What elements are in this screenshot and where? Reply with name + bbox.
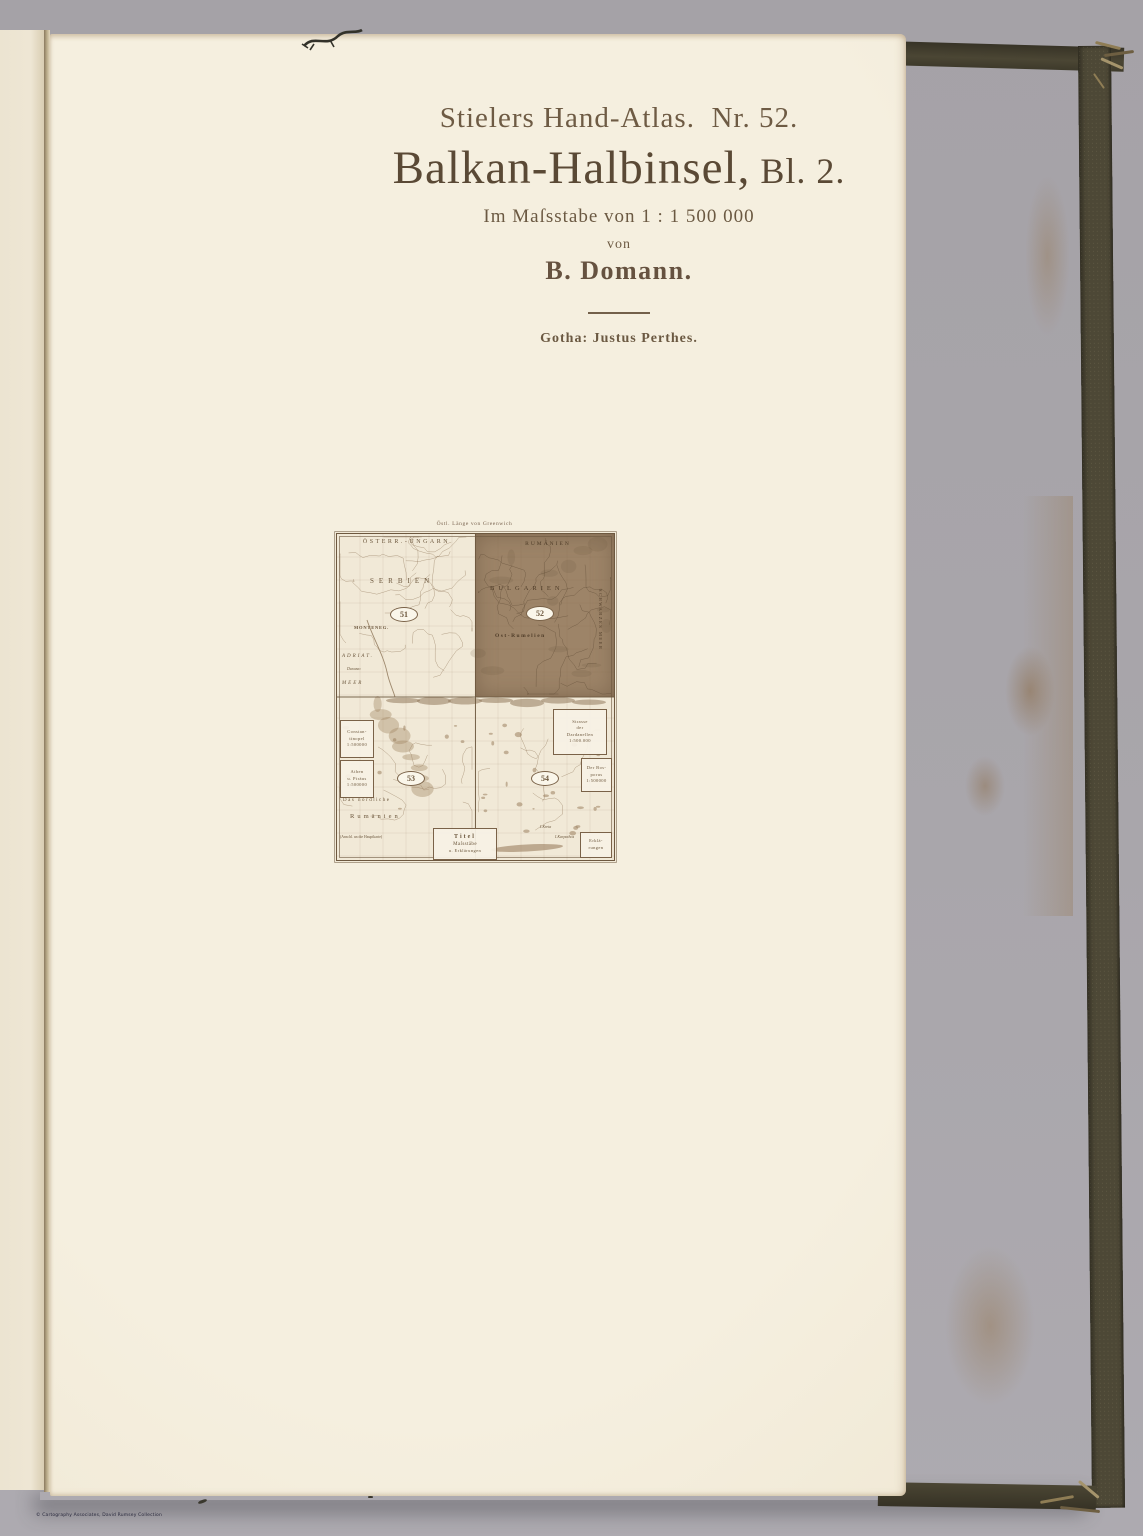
map-top-caption: Östl. Länge von Greenwich <box>336 521 613 527</box>
sheet-number-oval-54: 54 <box>531 771 559 786</box>
corner-region-line: (Anschl. an die Hauptkarte) <box>340 836 382 840</box>
place-label: Durazzo <box>347 667 361 671</box>
region-label: MONTENEG. <box>354 626 389 631</box>
series-line: Stielers Hand-Atlas. Nr. 52. <box>367 102 871 135</box>
inset-dardanellen: Strasse der Dardanellen 1:500.000 <box>553 709 607 755</box>
island-label: I.Karpathos <box>555 835 574 839</box>
inset-line: u. Erklärungen <box>449 849 481 854</box>
inset-line: Athen <box>351 770 364 775</box>
corner-region-line: Das nördliche <box>343 798 390 803</box>
loose-thread <box>300 20 380 54</box>
fore-edge-stain <box>965 756 1005 816</box>
inset-athen: Athen u. Piräus 1:500000 <box>340 760 374 798</box>
inset-line: 1:500000 <box>586 779 606 784</box>
inset-line: tinopel <box>349 737 364 742</box>
scanned-book-photo: { "header": { "series": "Stielers Hand-A… <box>0 0 1143 1536</box>
inset-line: Titel <box>454 834 476 841</box>
title-suffix: Bl. 2. <box>760 151 845 191</box>
divider-rule <box>588 312 650 314</box>
sea-label: MEER <box>342 681 363 686</box>
inset-line: Der Bos- <box>587 766 607 771</box>
region-label: Ost-Rumelien <box>495 634 546 640</box>
inset-bosporus: Der Bos- porus 1:500000 <box>581 758 612 792</box>
fore-edge-shading <box>1023 496 1073 916</box>
inset-line: der <box>577 726 584 731</box>
sea-label-vertical: SCHWARZES MEER <box>598 589 603 650</box>
sheet-number-oval-51: 51 <box>390 607 418 622</box>
page-title: Balkan-Halbinsel,Bl. 2. <box>367 143 871 195</box>
atlas-title-page: Stielers Hand-Atlas. Nr. 52. Balkan-Halb… <box>50 34 906 1496</box>
inset-line: Maſsstäbe <box>453 842 477 848</box>
index-map: ÖSTERR.-UNGARN SERBIEN MONTENEG. ADRIAT.… <box>336 533 615 861</box>
inset-line: Erklä- <box>589 839 603 844</box>
facing-page-sliver <box>0 30 44 1490</box>
inset-line: rungen <box>589 846 604 851</box>
collection-copyright: © Cartography Associates, David Rumsey C… <box>36 1512 162 1517</box>
inset-line: 1:500000 <box>347 783 367 788</box>
sheet-number-oval-52: 52 <box>526 606 554 621</box>
author-name: B. Domann. <box>367 256 871 286</box>
byline-von: von <box>367 237 871 253</box>
sheet-number-oval-53: 53 <box>397 771 425 786</box>
scale-statement: Im Maſsstabe von 1 : 1 500 000 <box>367 206 871 228</box>
region-label: BULGARIEN <box>490 586 564 593</box>
island-label: I.Kreta <box>540 825 551 829</box>
fore-edge-stain <box>945 1246 1035 1406</box>
title-main: Balkan-Halbinsel, <box>393 142 751 194</box>
corner-region-line: Rumänien <box>350 814 401 821</box>
region-label: RUMÄNIEN <box>489 542 607 548</box>
inset-line: Strasse <box>572 720 588 725</box>
inset-line: u. Piräus <box>347 777 366 782</box>
erklaerungen-box: Erklä- rungen <box>580 832 612 858</box>
fore-edge-stain <box>1025 176 1070 336</box>
inset-line: 1:500000 <box>347 743 367 748</box>
inset-line: Dardanellen <box>567 733 593 738</box>
title-block: Stielers Hand-Atlas. Nr. 52. Balkan-Halb… <box>367 102 871 347</box>
sea-label: ADRIAT. <box>342 654 374 659</box>
inset-line: 1:500.000 <box>569 739 591 744</box>
publisher-imprint: Gotha: Justus Perthes. <box>367 331 871 347</box>
dust-fleck <box>368 1496 373 1498</box>
inset-line: porus <box>591 773 603 778</box>
region-label: ÖSTERR.-UNGARN <box>349 539 464 545</box>
page-stack-fore-edge <box>905 56 1077 1494</box>
book-cover-right-edge <box>1078 46 1125 1508</box>
inset-constantinopel: Constan- tinopel 1:500000 <box>340 720 374 758</box>
titel-box: Titel Maſsstäbe u. Erklärungen <box>433 828 497 860</box>
region-label: SERBIEN <box>370 578 434 585</box>
inset-line: Constan- <box>347 730 366 735</box>
